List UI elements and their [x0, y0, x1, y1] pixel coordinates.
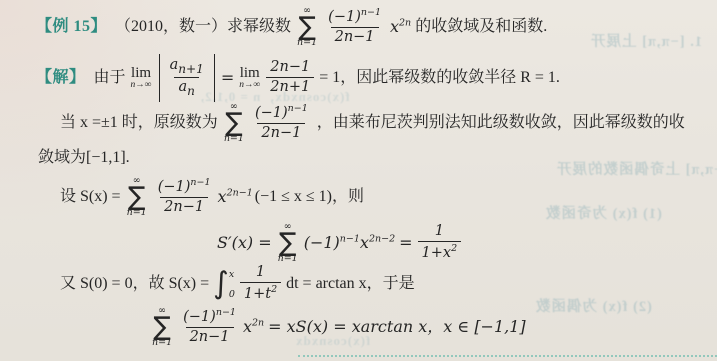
fraction-denominator: 2n−1: [257, 123, 305, 142]
sigma-lower-limit: n=1: [127, 208, 147, 218]
limit-operator: lim n→∞: [131, 66, 152, 91]
result-line: ∞ ∑ n=1 (−1)n−1 2n−1 x2n = xS(x) = xarct…: [148, 306, 528, 347]
sigma-glyph: ∑: [225, 112, 243, 134]
solution-label: 【解】: [36, 68, 86, 87]
math-term: (−1)n−1x2n−2: [304, 233, 395, 252]
sigma-lower-limit: n=1: [224, 134, 244, 144]
fraction: 2n−1 2n+1: [266, 59, 314, 97]
dotted-divider: [298, 355, 717, 357]
fraction-numerator: (−1)n−1: [179, 307, 240, 327]
solution-text: = 1，因此幂级数的收敛半径 R = 1.: [319, 68, 560, 87]
sigma-lower-limit: n=1: [152, 338, 172, 348]
integral-upper-limit: x: [229, 269, 235, 280]
equation-line: S′(x) = ∞ ∑ n=1 (−1)n−1x2n−2 = 1 1+x2: [215, 222, 464, 263]
solution-text: dt = arctan x，于是: [286, 274, 415, 293]
math-term: S′(x) =: [217, 233, 272, 252]
problem-text: 的收敛域及和函数.: [415, 17, 547, 36]
solution-line: 又 S(0) = 0，故 S(x) = ∫ x 0 1 1+t2 dt = ar…: [58, 264, 417, 304]
equals-sign: =: [399, 233, 412, 252]
solution-text: 当 x =±1 时，原级数为: [60, 113, 218, 132]
fraction: 1 1+x2: [418, 223, 462, 263]
bleedthrough-text: (1) f(x) 为奇函数: [545, 202, 662, 223]
math-term: x2n: [243, 317, 264, 336]
sigma-glyph: ∑: [153, 316, 171, 338]
fraction-numerator: 1: [431, 223, 448, 241]
bleedthrough-text: 1. [−π,π] 上展开: [590, 30, 702, 51]
textbook-page: 1. [−π,π] 上展开 f(x)cosnxdx，n = 0,1,2, 2. …: [0, 0, 717, 361]
math-term: = xS(x) = xarctan x，x ∈ [−1,1]: [268, 317, 526, 336]
integral-lower-limit: 0: [229, 289, 235, 300]
fraction-denominator: an: [174, 77, 198, 98]
math-term: x2n: [390, 17, 411, 36]
fraction-denominator: 2n−1: [160, 197, 208, 216]
solution-line: 当 x =±1 时，原级数为 ∞ ∑ n=1 (−1)n−1 2n−1 ，由莱布…: [58, 102, 687, 143]
solution-text: 由于: [94, 68, 126, 87]
bleedthrough-text: (2) f(x) 为偶函数: [535, 295, 652, 316]
sigma-glyph: ∑: [279, 232, 297, 254]
sigma-lower-limit: n=1: [297, 38, 317, 48]
bleedthrough-text: 2. [−π,π] 上奇偶函数的展开: [556, 158, 717, 179]
limit-operator: lim n→∞: [239, 66, 260, 91]
solution-text: 设 S(x) =: [60, 187, 121, 206]
fraction-denominator: 1+t2: [240, 282, 281, 303]
fraction-numerator: 2n−1: [266, 59, 314, 77]
fraction-numerator: 1: [252, 264, 269, 282]
solution-line: 设 S(x) = ∞ ∑ n=1 (−1)n−1 2n−1 x2n−1 (−1 …: [58, 176, 366, 217]
fraction-denominator: 1+x2: [418, 241, 462, 262]
example-label: 【例 15】: [36, 17, 107, 36]
fraction-denominator: 2n−1: [186, 327, 234, 346]
fraction-numerator: (−1)n−1: [324, 7, 385, 27]
fraction: (−1)n−1 2n−1: [251, 103, 312, 143]
fraction-numerator: (−1)n−1: [251, 103, 312, 123]
absolute-value-fraction: an+1 an: [159, 54, 215, 102]
problem-text: （2010，数一）求幂级数: [115, 17, 291, 36]
solution-text: (−1 ≤ x ≤ 1)，则: [255, 187, 364, 206]
sigma-glyph: ∑: [128, 186, 146, 208]
fraction-denominator: 2n+1: [266, 77, 314, 96]
fraction: (−1)n−1 2n−1: [154, 177, 215, 217]
integral-glyph: ∫: [213, 270, 229, 297]
summation-symbol: ∞ ∑ n=1: [297, 6, 317, 47]
fraction-numerator: an+1: [166, 57, 208, 77]
solution-line: 【解】 由于 lim n→∞ an+1 an = lim n→∞ 2n−1 2n…: [36, 54, 562, 102]
fraction: 1 1+t2: [240, 264, 281, 304]
fraction: (−1)n−1 2n−1: [179, 307, 240, 347]
solution-line: 敛域为[−1,1].: [36, 148, 132, 167]
solution-text: 又 S(0) = 0，故 S(x) =: [60, 274, 209, 293]
fraction-denominator: 2n−1: [331, 27, 379, 46]
equals-sign: =: [221, 68, 234, 87]
solution-text: ，由莱布尼茨判别法知此级数收敛，因此幂级数的收: [317, 113, 685, 132]
fraction: (−1)n−1 2n−1: [324, 7, 385, 47]
solution-text: 敛域为[−1,1].: [38, 148, 130, 167]
summation-symbol: ∞ ∑ n=1: [224, 102, 244, 143]
integral-sign: ∫ x 0: [213, 267, 235, 301]
fraction-numerator: (−1)n−1: [154, 177, 215, 197]
summation-symbol: ∞ ∑ n=1: [127, 176, 147, 217]
sigma-lower-limit: n=1: [278, 254, 298, 264]
problem-statement-line: 【例 15】 （2010，数一）求幂级数 ∞ ∑ n=1 (−1)n−1 2n−…: [36, 6, 549, 47]
summation-symbol: ∞ ∑ n=1: [278, 222, 298, 263]
fraction: an+1 an: [166, 57, 208, 99]
sigma-glyph: ∑: [298, 16, 316, 38]
math-term: x2n−1: [218, 187, 253, 206]
summation-symbol: ∞ ∑ n=1: [152, 306, 172, 347]
